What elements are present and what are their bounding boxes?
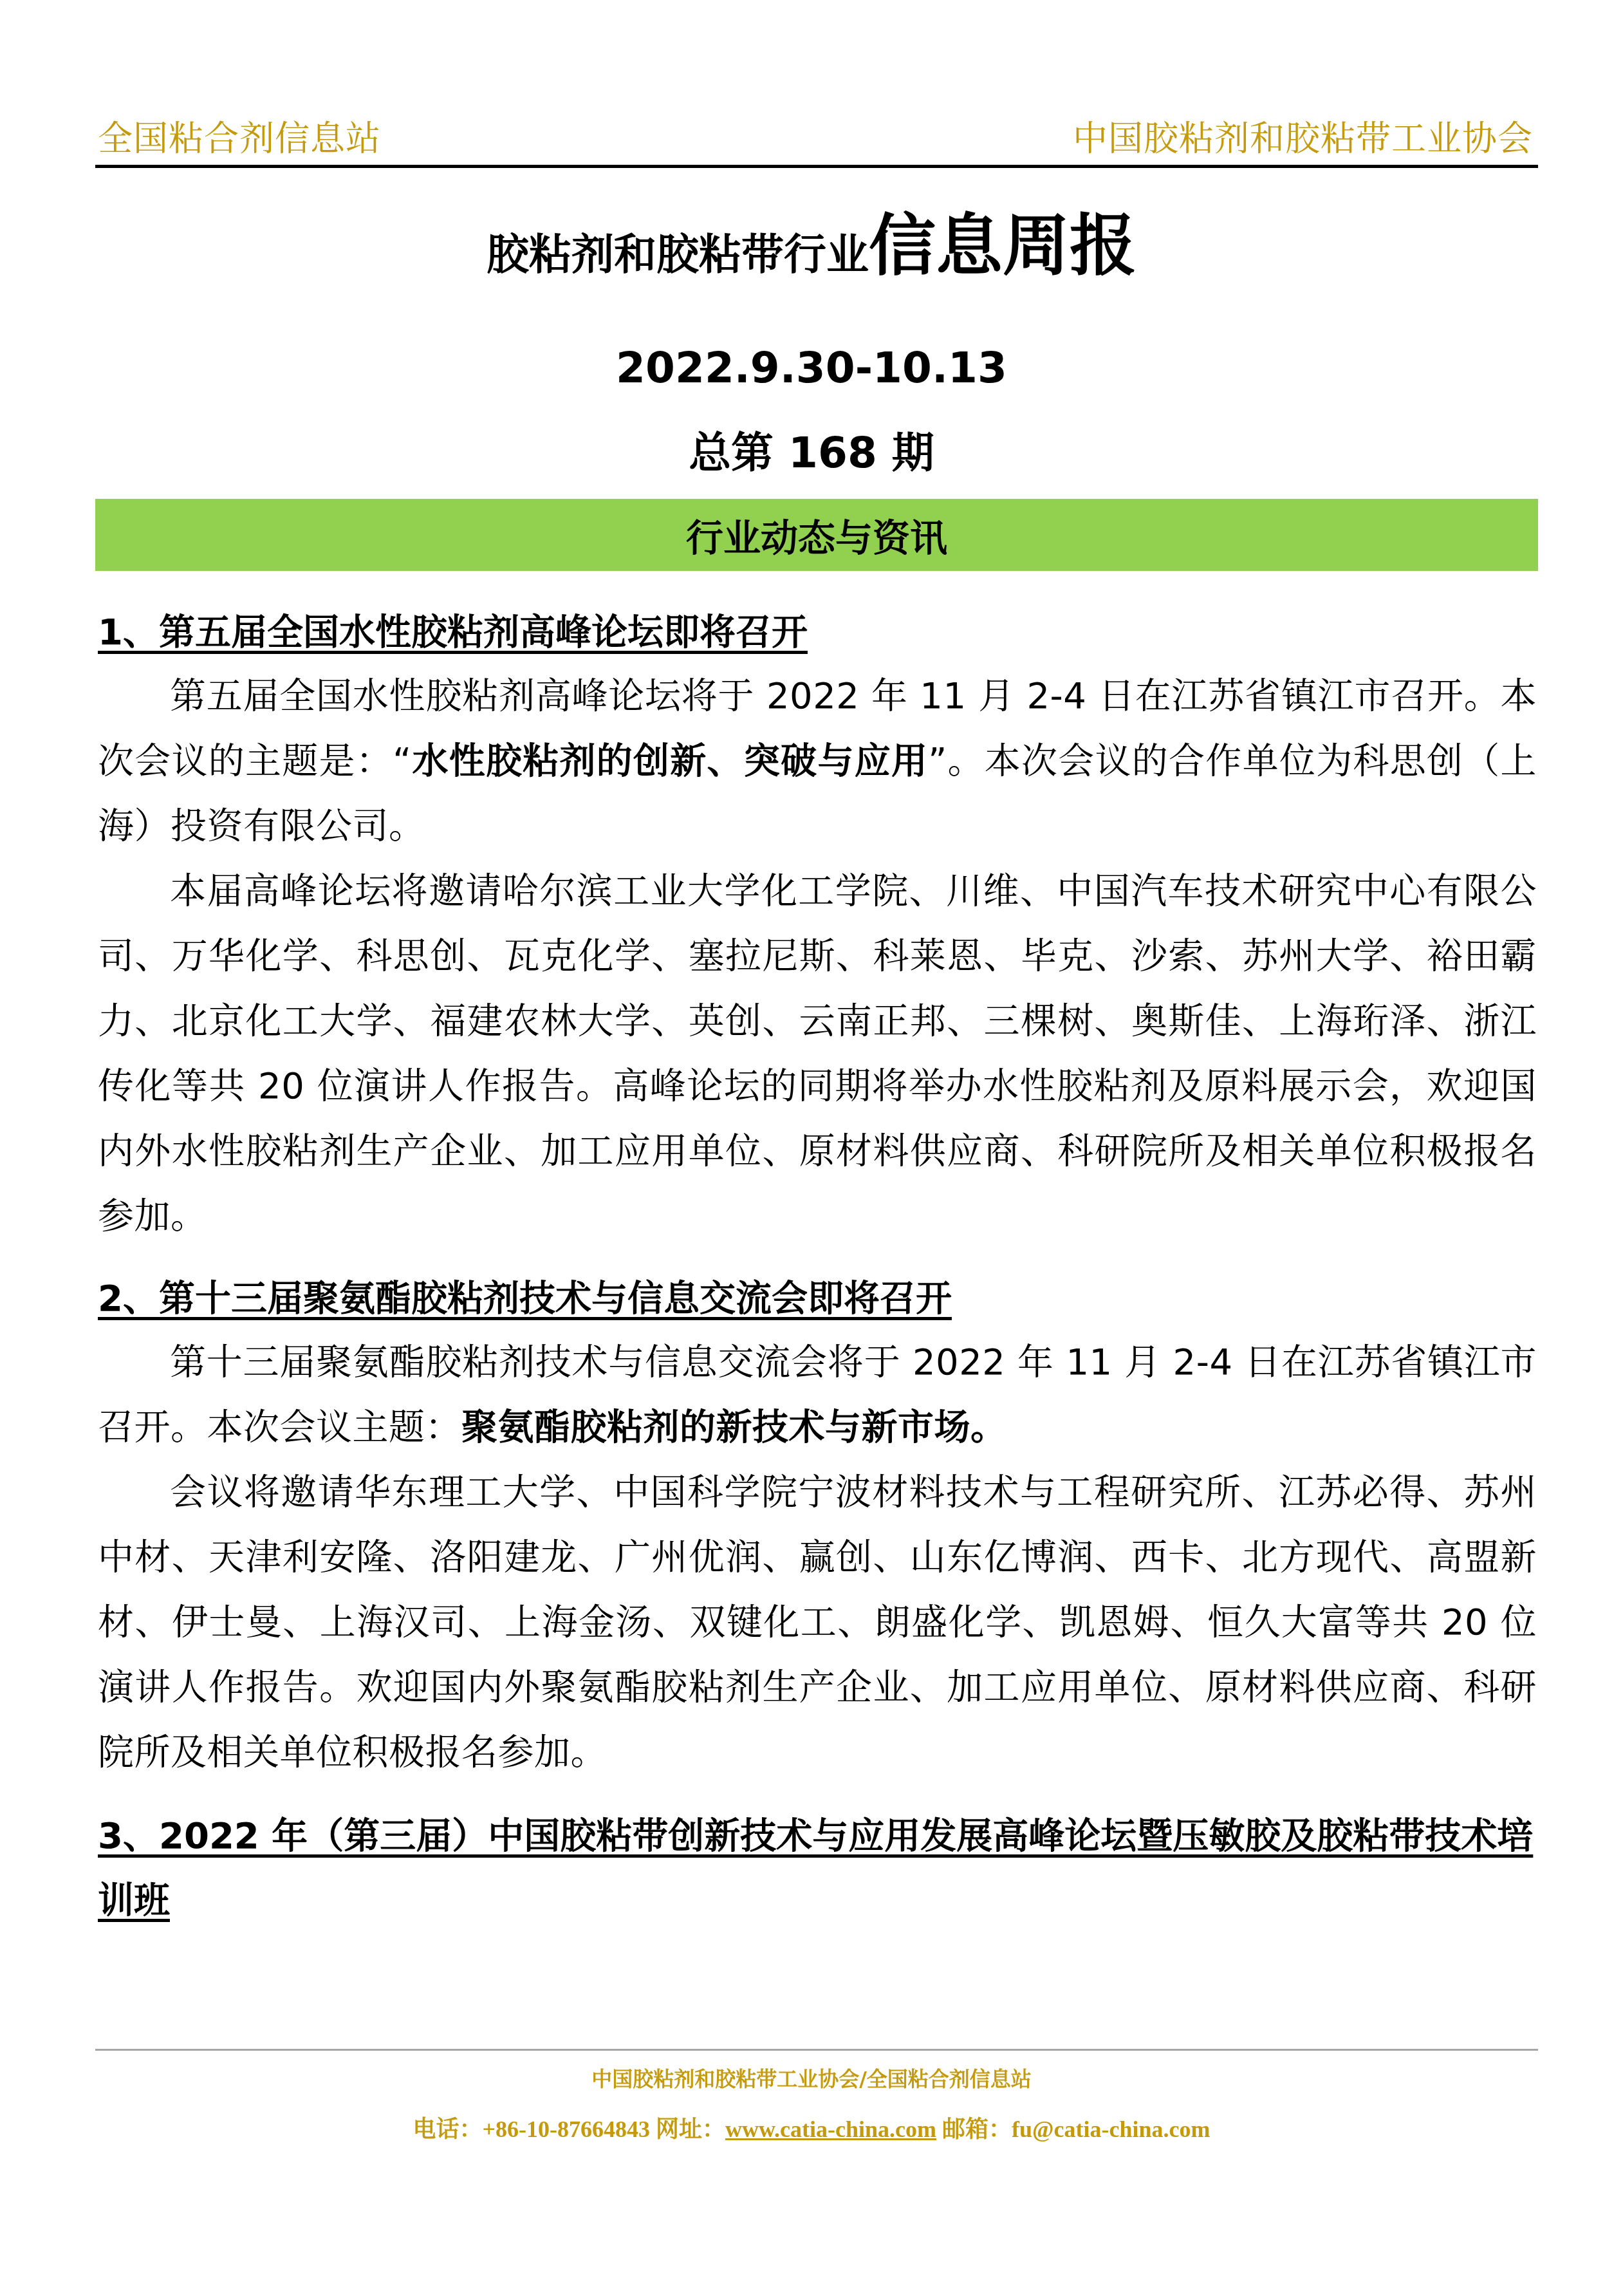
title-prefix: 胶粘剂和胶粘带行业 [487,230,869,279]
article-theme-bold: 聚氨酯胶粘剂的新技术与新市场。 [461,1406,1007,1448]
footer-org: 中国胶粘剂和胶粘带工业协会/全国粘合剂信息站 [0,2063,1623,2093]
document-page: 全国粘合剂信息站 中国胶粘剂和胶粘带工业协会 胶粘剂和胶粘带行业信息周报 202… [0,0,1623,2296]
article-1: 1、第五届全国水性胶粘剂高峰论坛即将召开 第五届全国水性胶粘剂高峰论坛将于 20… [98,602,1537,1249]
email-label: 邮箱： [936,2116,1012,2142]
web-label: 网址： [650,2116,725,2142]
header-right-text: 中国胶粘剂和胶粘带工业协会 [1073,111,1533,161]
header-left-text: 全国粘合剂信息站 [98,111,381,161]
header-divider [95,165,1538,168]
article-heading: 1、第五届全国水性胶粘剂高峰论坛即将召开 [98,602,1537,664]
title-main: 信息周报 [869,207,1136,285]
article-paragraph: 第十三届聚氨酯胶粘剂技术与信息交流会将于 2022 年 11 月 2-4 日在江… [98,1330,1537,1460]
date-range: 2022.9.30-10.13 [0,343,1623,393]
section-banner-title: 行业动态与资讯 [686,508,947,562]
page-header: 全国粘合剂信息站 中国胶粘剂和胶粘带工业协会 [95,115,1538,167]
article-heading: 2、第十三届聚氨酯胶粘剂技术与信息交流会即将召开 [98,1268,1537,1330]
article-heading: 3、2022 年（第三届）中国胶粘带创新技术与应用发展高峰论坛暨压敏胶及胶粘带技… [98,1804,1537,1933]
article-paragraph: 本届高峰论坛将邀请哈尔滨工业大学化工学院、川维、中国汽车技术研究中心有限公司、万… [98,859,1537,1249]
issue-number: 总第 168 期 [0,418,1623,480]
article-3: 3、2022 年（第三届）中国胶粘带创新技术与应用发展高峰论坛暨压敏胶及胶粘带技… [98,1804,1537,1933]
phone-number: +86-10-87664843 [483,2116,651,2142]
article-2: 2、第十三届聚氨酯胶粘剂技术与信息交流会即将召开 第十三届聚氨酯胶粘剂技术与信息… [98,1268,1537,1785]
website-link[interactable]: www.catia-china.com [725,2116,936,2142]
footer-contact: 电话：+86-10-87664843 网址：www.catia-china.co… [0,2111,1623,2144]
section-banner: 行业动态与资讯 [95,499,1538,571]
phone-label: 电话： [413,2116,483,2142]
email-address[interactable]: fu@catia-china.com [1012,2116,1210,2142]
page-title: 胶粘剂和胶粘带行业信息周报 [0,212,1623,279]
article-paragraph: 会议将邀请华东理工大学、中国科学院宁波材料技术与工程研究所、江苏必得、苏州中材、… [98,1460,1537,1785]
article-theme-bold: 水性胶粘剂的创新、突破与应用 [412,740,929,782]
article-list: 1、第五届全国水性胶粘剂高峰论坛即将召开 第五届全国水性胶粘剂高峰论坛将于 20… [98,602,1537,1933]
article-paragraph: 第五届全国水性胶粘剂高峰论坛将于 2022 年 11 月 2-4 日在江苏省镇江… [98,664,1537,859]
footer-divider [95,2049,1538,2051]
